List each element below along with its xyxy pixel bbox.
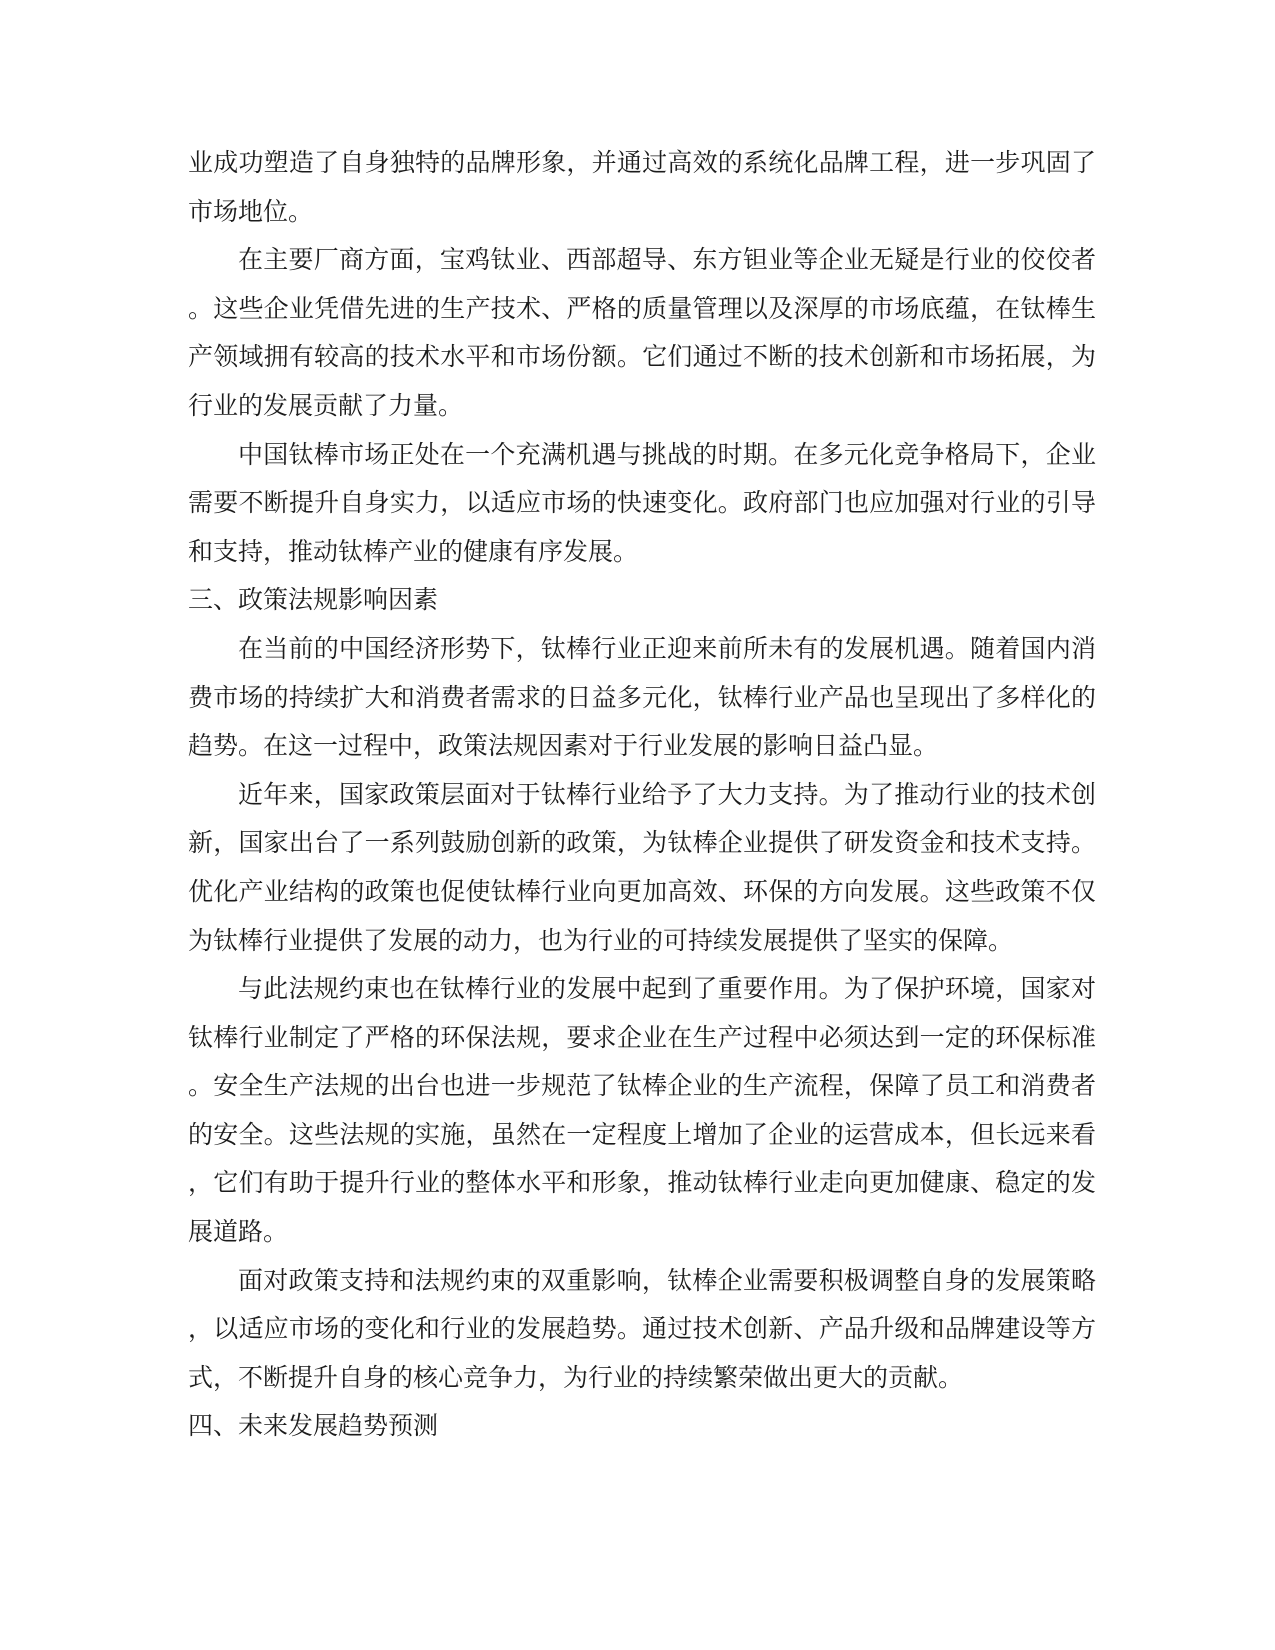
text-block: 业成功塑造了自身独特的品牌形象，并通过高效的系统化品牌工程，进一步巩固了市场地位… bbox=[188, 140, 1096, 1452]
body-paragraph: 在当前的中国经济形势下，钛棒行业正迎来前所未有的发展机遇。随着国内消费市场的持续… bbox=[188, 626, 1096, 772]
body-paragraph: 面对政策支持和法规约束的双重影响，钛棒企业需要积极调整自身的发展策略，以适应市场… bbox=[188, 1258, 1096, 1404]
section-heading: 三、政策法规影响因素 bbox=[188, 577, 1096, 626]
body-paragraph: 在主要厂商方面，宝鸡钛业、西部超导、东方钽业等企业无疑是行业的佼佼者。这些企业凭… bbox=[188, 237, 1096, 431]
body-paragraph: 近年来，国家政策层面对于钛棒行业给予了大力支持。为了推动行业的技术创新，国家出台… bbox=[188, 772, 1096, 966]
section-heading: 四、未来发展趋势预测 bbox=[188, 1403, 1096, 1452]
body-paragraph: 业成功塑造了自身独特的品牌形象，并通过高效的系统化品牌工程，进一步巩固了市场地位… bbox=[188, 140, 1096, 237]
body-paragraph: 中国钛棒市场正处在一个充满机遇与挑战的时期。在多元化竞争格局下，企业需要不断提升… bbox=[188, 432, 1096, 578]
body-paragraph: 与此法规约束也在钛棒行业的发展中起到了重要作用。为了保护环境，国家对钛棒行业制定… bbox=[188, 966, 1096, 1258]
